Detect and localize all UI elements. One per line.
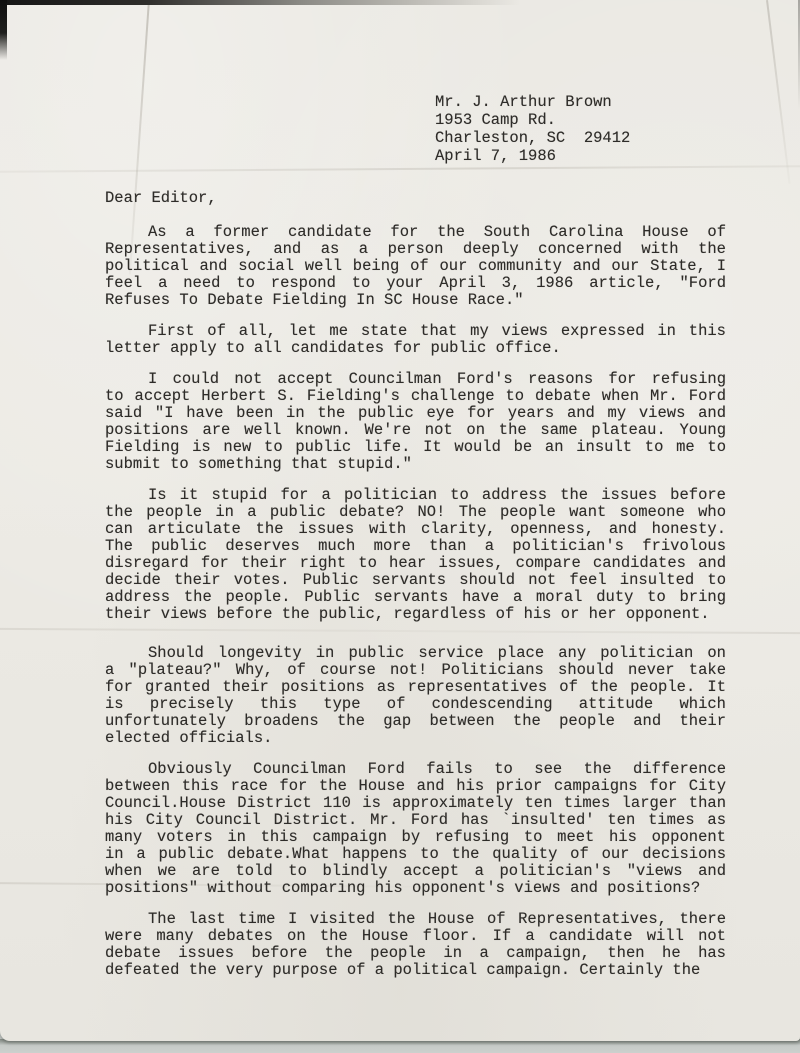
letter-line: his City Council District. Mr. Ford has … (105, 812, 726, 829)
paragraph-3: I could not accept Councilman Ford's rea… (105, 371, 726, 473)
sender-name: Mr. J. Arthur Brown (435, 93, 726, 111)
letter-line: debate issues before the people in a cam… (105, 945, 726, 962)
letter-content: Mr. J. Arthur Brown 1953 Camp Rd. Charle… (105, 93, 726, 979)
scan-dark-top-edge (0, 0, 520, 5)
letter-line: Obviously Councilman Ford fails to see t… (105, 761, 726, 778)
paragraph-4: Is it stupid for a politician to address… (105, 487, 726, 623)
sender-address: 1953 Camp Rd. (435, 111, 726, 129)
letter-line: Is it stupid for a politician to address… (105, 487, 726, 504)
scanner-background-band (0, 1039, 800, 1053)
letter-line: can articulate the issues with clarity, … (105, 521, 726, 538)
letter-line: for granted their positions as represent… (105, 679, 726, 696)
letter-line: disregard for their right to hear issues… (105, 555, 726, 572)
letter-line: were many debates on the House floor. If… (105, 928, 726, 945)
letter-line: submit to something that stupid." (105, 456, 726, 473)
letter-line: elected officials. (105, 730, 726, 747)
letter-line: when we are told to blindly accept a pol… (105, 863, 726, 880)
sender-block: Mr. J. Arthur Brown 1953 Camp Rd. Charle… (435, 93, 726, 165)
letter-line: between this race for the House and his … (105, 778, 726, 795)
letter-line: The public deserves much more than a pol… (105, 538, 726, 555)
letter-line: positions are well known. We're not on t… (105, 422, 726, 439)
letter-paper: Mr. J. Arthur Brown 1953 Camp Rd. Charle… (0, 0, 800, 1041)
paragraph-7: The last time I visited the House of Rep… (105, 911, 726, 979)
letter-line: positions" without comparing his opponen… (105, 880, 726, 897)
letter-line: a "plateau?" Why, of course not! Politic… (105, 662, 726, 679)
letter-line: Refuses To Debate Fielding In SC House R… (105, 292, 726, 309)
scanned-letter-page: Mr. J. Arthur Brown 1953 Camp Rd. Charle… (0, 0, 800, 1053)
letter-line: letter apply to all candidates for publi… (105, 340, 726, 357)
salutation: Dear Editor, (105, 190, 726, 207)
letter-date: April 7, 1986 (435, 147, 726, 165)
letter-line: Representatives, and as a person deeply … (105, 241, 726, 258)
letter-line: decide their votes. Public servants shou… (105, 572, 726, 589)
letter-line: said "I have been in the public eye for … (105, 405, 726, 422)
letter-line: Council.House District 110 is approximat… (105, 795, 726, 812)
letter-line: feel a need to respond to your April 3, … (105, 275, 726, 292)
letter-line: defeated the very purpose of a political… (105, 962, 726, 979)
letter-line: is precisely this type of condescending … (105, 696, 726, 713)
letter-line: unfortunately broadens the gap between t… (105, 713, 726, 730)
scan-dark-left-corner (0, 0, 7, 60)
paper-crease (766, 0, 791, 184)
letter-line: political and social well being of our c… (105, 258, 726, 275)
letter-line: The last time I visited the House of Rep… (105, 911, 726, 928)
paragraph-6: Obviously Councilman Ford fails to see t… (105, 761, 726, 897)
letter-line: to accept Herbert S. Fielding's challeng… (105, 388, 726, 405)
paragraph-1: As a former candidate for the South Caro… (105, 224, 726, 309)
letter-line: Should longevity in public service place… (105, 645, 726, 662)
letter-line: in a public debate.What happens to the q… (105, 846, 726, 863)
letter-line: address the people. Public servants have… (105, 589, 726, 606)
letter-line: their views before the public, regardles… (105, 606, 726, 623)
letter-line: As a former candidate for the South Caro… (105, 224, 726, 241)
letter-line: I could not accept Councilman Ford's rea… (105, 371, 726, 388)
letter-line: First of all, let me state that my views… (105, 323, 726, 340)
paragraph-2: First of all, let me state that my views… (105, 323, 726, 357)
letter-line: Fielding is new to public life. It would… (105, 439, 726, 456)
letter-line: the people in a public debate? NO! The p… (105, 504, 726, 521)
letter-line: many voters in this campaign by refusing… (105, 829, 726, 846)
sender-city-state-zip: Charleston, SC 29412 (435, 129, 726, 147)
paragraph-5: Should longevity in public service place… (105, 645, 726, 747)
